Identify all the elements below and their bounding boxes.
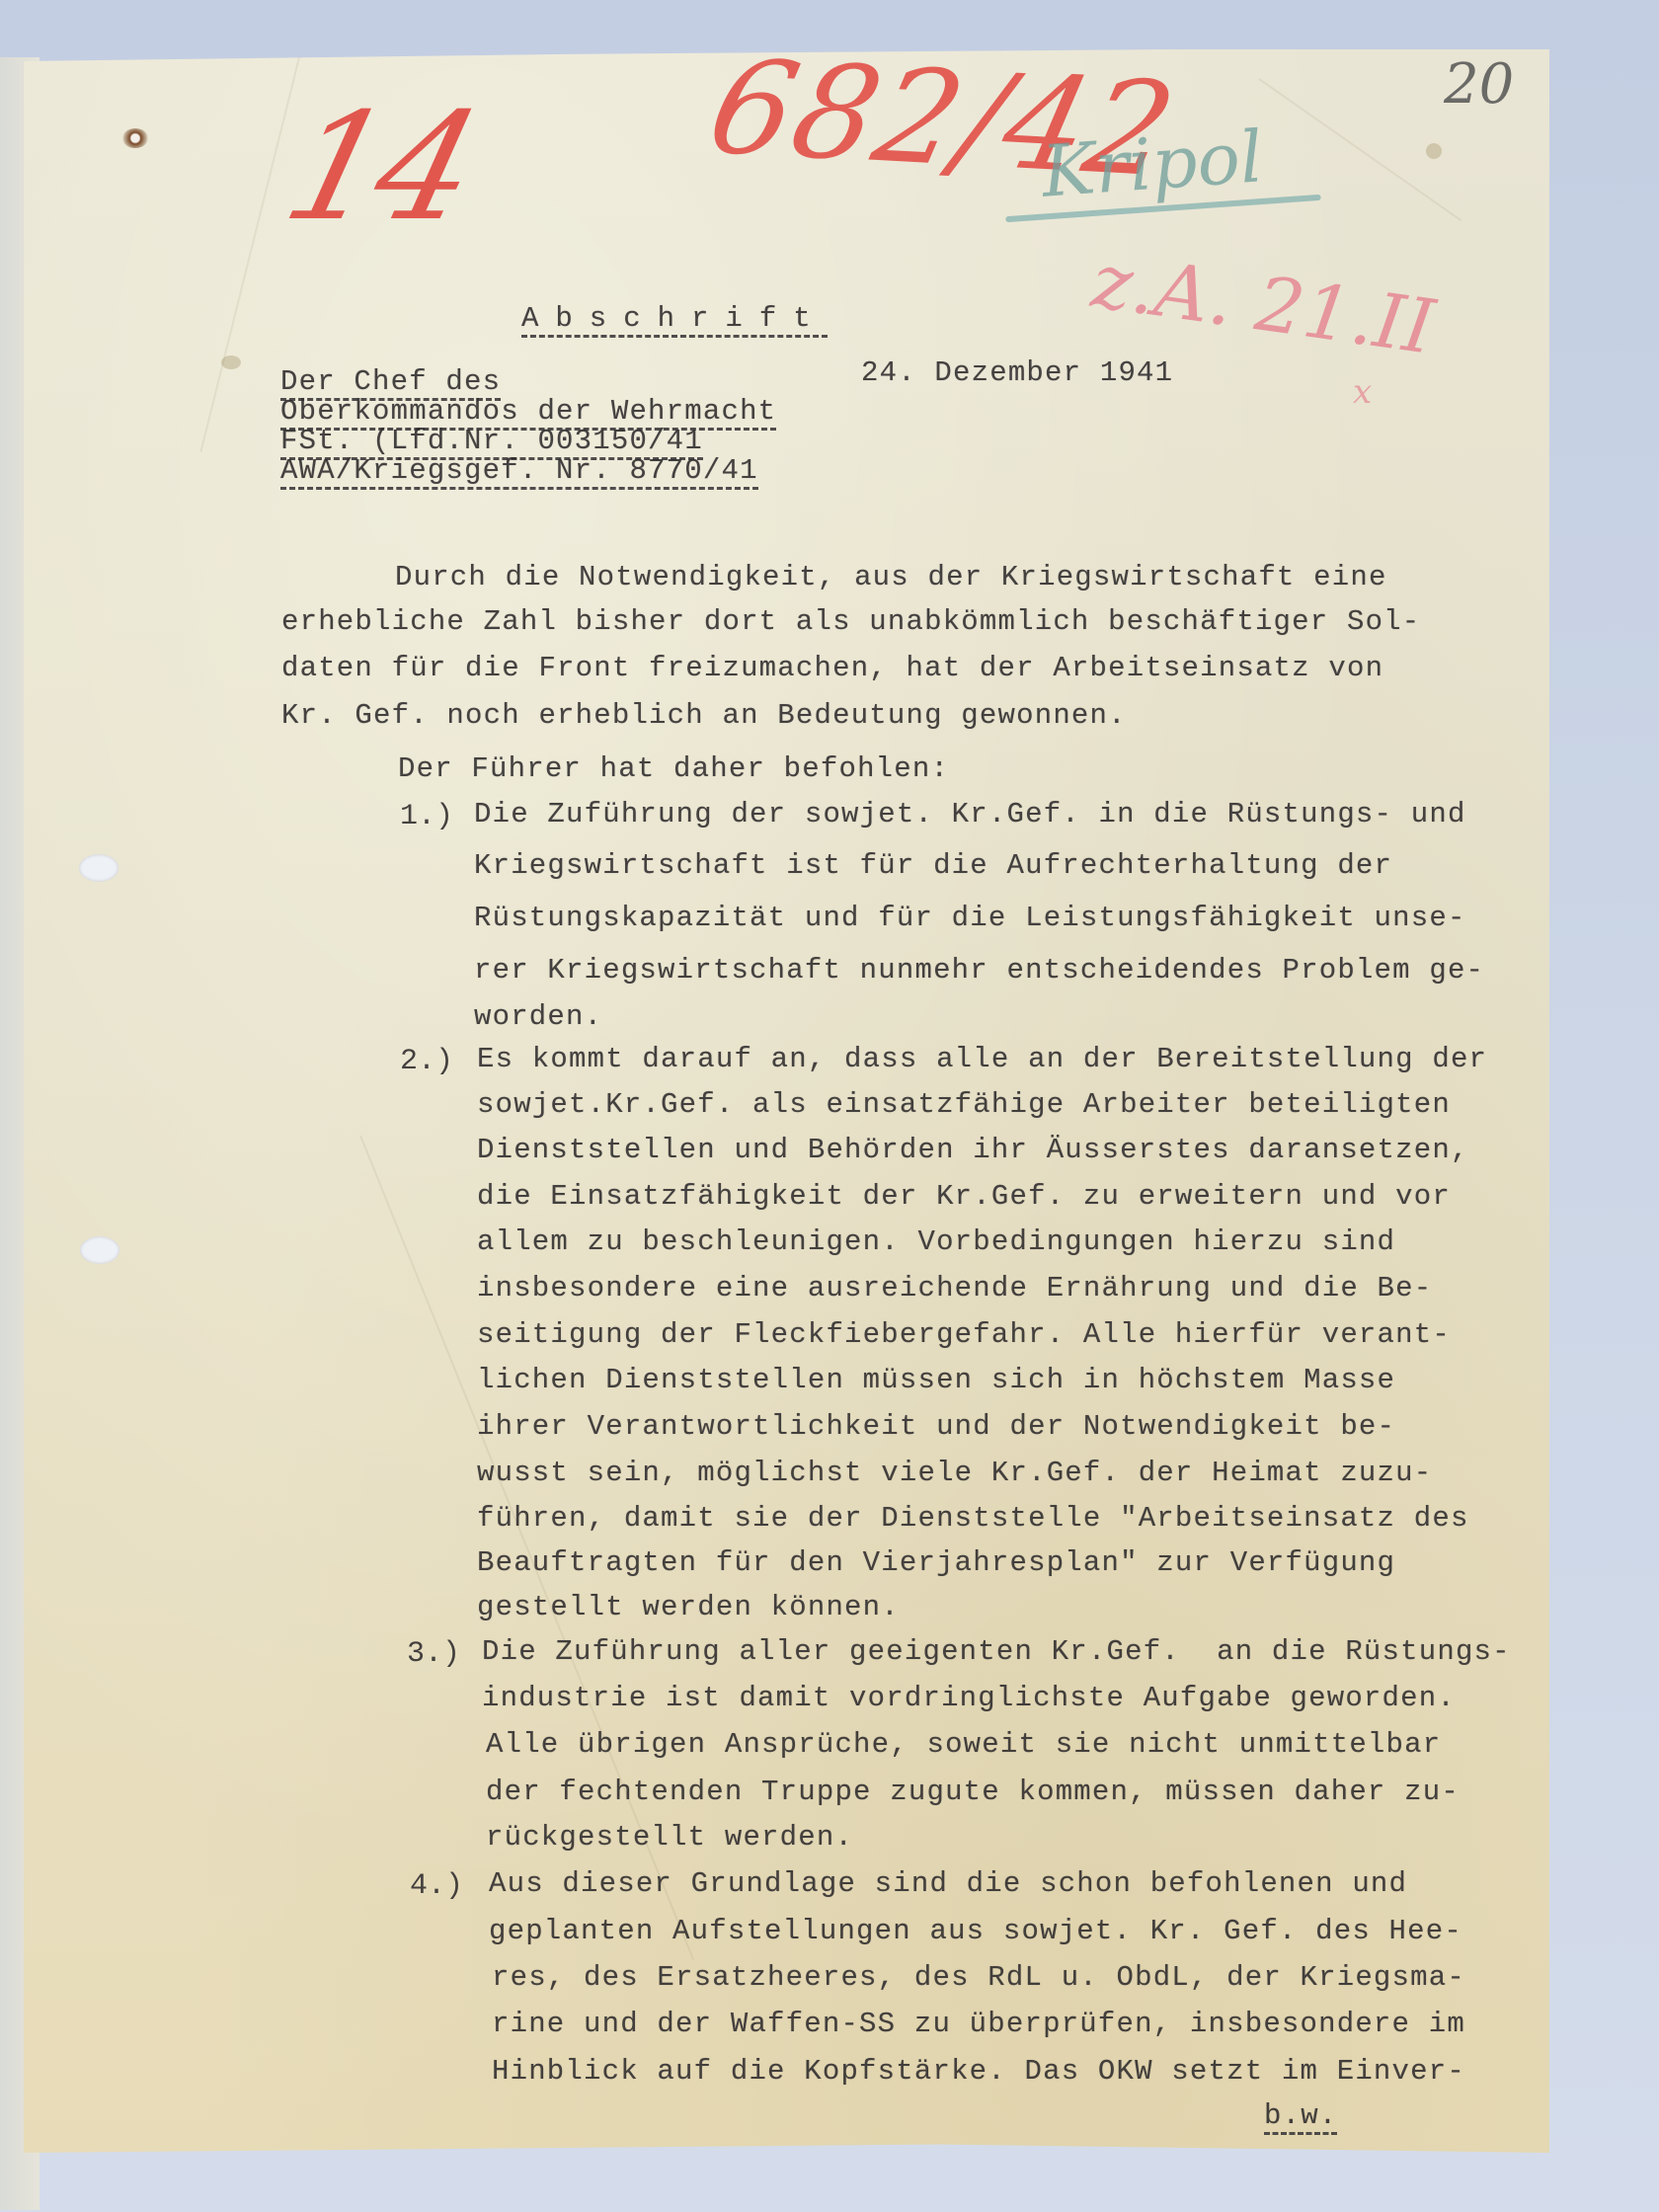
item-line: rine und der Waffen-SS zu überprüfen, in…	[492, 2010, 1465, 2038]
intro-line: daten für die Front freizumachen, hat de…	[281, 654, 1383, 682]
stain-mark	[221, 355, 241, 369]
item-line: res, des Ersatzheeres, des RdL u. ObdL, …	[492, 1963, 1465, 1992]
item-line: gestellt werden können.	[477, 1593, 900, 1621]
item-line: die Einsatzfähigkeit der Kr.Gef. zu erwe…	[477, 1182, 1451, 1211]
item-line: rückgestellt werden.	[486, 1823, 853, 1852]
item-line: sowjet.Kr.Gef. als einsatzfähige Arbeite…	[477, 1090, 1451, 1119]
item-line: der fechtenden Truppe zugute kommen, müs…	[486, 1777, 1460, 1806]
item-number: 4.)	[410, 1869, 463, 1903]
item-line: Die Zuführung aller geeigenten Kr.Gef. a…	[482, 1637, 1511, 1666]
handwritten-page-number: 20	[1444, 57, 1514, 113]
item-line: Hinblick auf die Kopfstärke. Das OKW set…	[492, 2057, 1465, 2086]
item-line: führen, damit sie der Dienststelle "Arbe…	[477, 1504, 1469, 1533]
item-line: Alle übrigen Ansprüche, soweit sie nicht…	[486, 1730, 1441, 1759]
punch-hole	[79, 854, 118, 882]
item-line: Kriegswirtschaft ist für die Aufrechterh…	[474, 851, 1392, 880]
item-number: 2.)	[400, 1045, 453, 1078]
item-line: allem zu beschleunigen. Vorbedingungen h…	[477, 1227, 1395, 1256]
item-line: Dienststellen und Behörden ihr Äusserste…	[477, 1136, 1469, 1164]
item-number: 1.)	[400, 800, 453, 833]
item-line: rer Kriegswirtschaft nunmehr entscheiden…	[474, 956, 1484, 985]
handwritten-folio-number: 14	[273, 94, 486, 242]
item-line: Rüstungskapazität und für die Leistungsf…	[474, 904, 1466, 932]
item-line: ihrer Verantwortlichkeit und der Notwend…	[477, 1412, 1395, 1441]
item-line: Die Zuführung der sowjet. Kr.Gef. in die…	[474, 800, 1466, 829]
item-line: Aus dieser Grundlage sind die schon befo…	[489, 1869, 1407, 1898]
handwritten-kripol-note: Kripol	[1040, 120, 1265, 206]
item-line: geplanten Aufstellungen aus sowjet. Kr. …	[489, 1917, 1462, 1945]
item-line: insbesondere eine ausreichende Ernährung…	[477, 1274, 1432, 1303]
item-line: worden.	[474, 1002, 602, 1031]
item-number: 3.)	[407, 1637, 460, 1671]
punch-hole	[80, 1236, 119, 1264]
stain-mark	[1426, 143, 1442, 159]
intro-line: erhebliche Zahl bisher dort als unabkömm…	[281, 607, 1420, 636]
item-line: wusst sein, möglichst viele Kr.Gef. der …	[477, 1459, 1432, 1487]
item-line: seitigung der Fleckfiebergefahr. Alle hi…	[477, 1320, 1451, 1349]
document-date: 24. Dezember 1941	[861, 358, 1173, 387]
item-line: lichen Dienststellen müssen sich in höch…	[477, 1366, 1395, 1394]
item-line: Es kommt darauf an, dass alle an der Ber…	[477, 1045, 1487, 1073]
handwritten-x-mark: x	[1353, 375, 1372, 409]
item-line: industrie ist damit vordringlichste Aufg…	[482, 1684, 1456, 1712]
continuation-mark: b.w.	[1264, 2101, 1337, 2135]
item-line: Beauftragten für den Vierjahresplan" zur…	[477, 1548, 1395, 1577]
intro-line: Kr. Gef. noch erheblich an Bedeutung gew…	[281, 701, 1127, 730]
intro-line: Durch die Notwendigkeit, aus der Kriegsw…	[395, 563, 1387, 592]
burn-hole	[122, 128, 148, 148]
sender-line: AWA/Kriegsgef. Nr. 8770/41	[280, 456, 758, 490]
order-line: Der Führer hat daher befohlen:	[398, 754, 949, 783]
document-title: Abschrift	[521, 304, 828, 338]
